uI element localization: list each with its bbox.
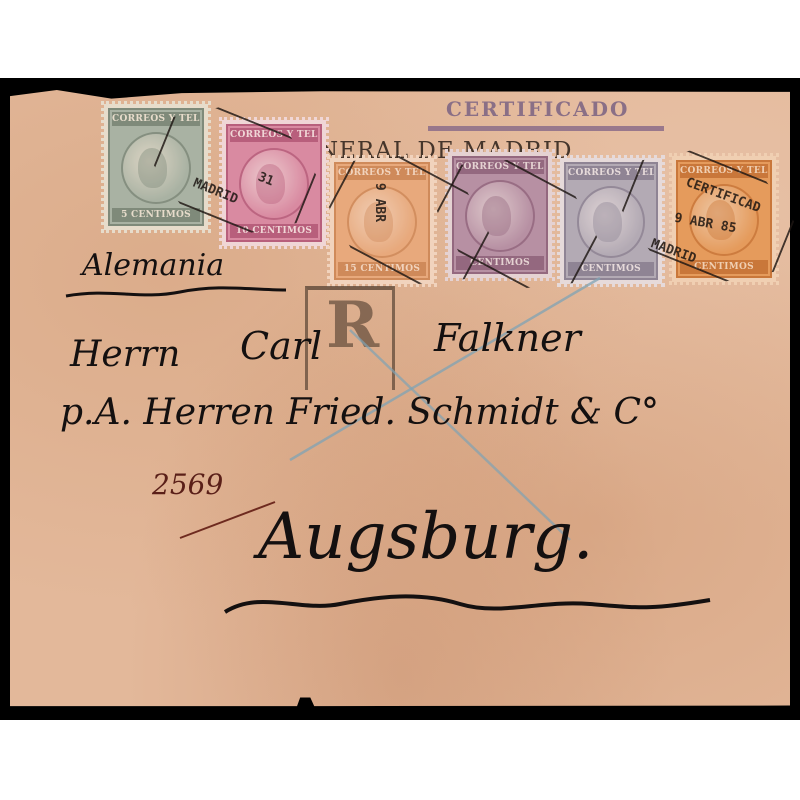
certificado-underline: [428, 126, 664, 131]
certificado-handstamp: CERTIFICADO: [446, 97, 629, 121]
registration-letter: R: [326, 288, 379, 363]
postmark-text: 9 ABR: [372, 183, 387, 222]
recipient-salutation: Herrn: [70, 334, 180, 375]
stamp-value: 5 CENTIMOS: [112, 208, 200, 222]
destination-city: Augsburg.: [258, 500, 593, 574]
recipient-last-name: Falkner: [434, 316, 581, 360]
care-of-line: p.A. Herren Fried. Schmidt & C°: [60, 392, 659, 433]
reference-number: 2569: [152, 468, 223, 501]
destination-country: Alemania: [82, 248, 224, 283]
recipient-first-name: Carl: [240, 324, 322, 368]
